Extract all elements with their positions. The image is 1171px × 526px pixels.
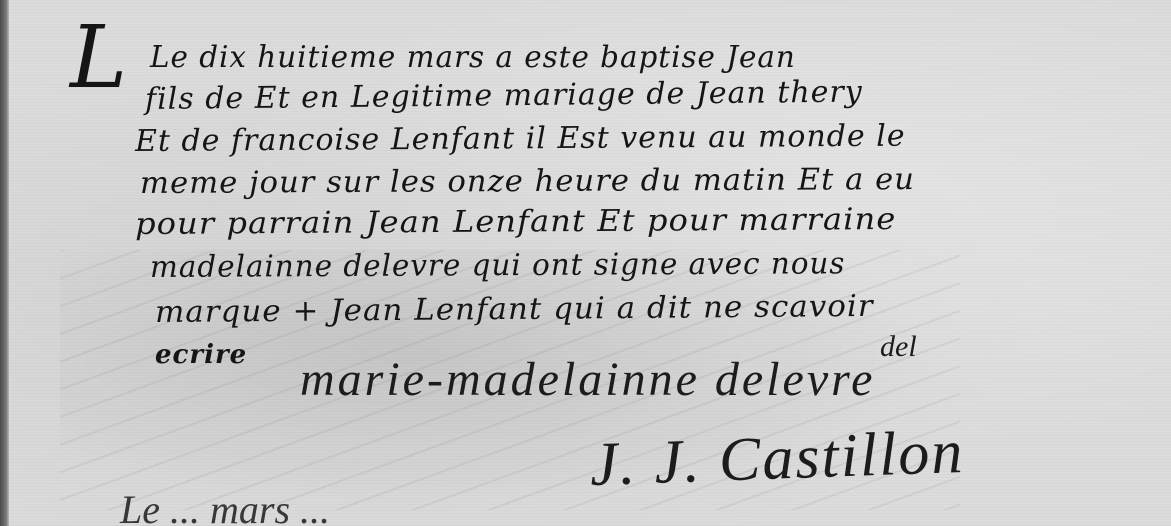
record-line-8: ecrire — [155, 340, 247, 370]
next-entry-start: Le ... mars ... — [120, 486, 330, 526]
decorative-initial: L — [70, 8, 127, 108]
signature-annotation: del — [880, 330, 917, 364]
line-text: marque + Jean Lenfant qui a dit ne scavo… — [155, 289, 874, 330]
record-line-6: madelainne delevre qui ont signe avec no… — [150, 246, 846, 285]
line-text: meme jour sur les onze heure du matin Et… — [140, 162, 915, 201]
line-text: ecrire — [155, 340, 247, 370]
godmother-signature: marie-madelainne delevre — [300, 352, 875, 407]
line-text: madelainne delevre qui ont signe avec no… — [150, 246, 846, 285]
record-line-1: Le dix huitieme mars a este baptise Jean — [150, 40, 796, 75]
binding-edge — [0, 0, 9, 526]
document-scan: L Le dix huitieme mars a este baptise Je… — [0, 0, 1171, 526]
priest-signature: J. J. Castillon — [589, 417, 966, 501]
record-line-2: fils de Et en Legitime mariage de Jean t… — [145, 74, 863, 117]
line-text: Et de francoise Lenfant il Est venu au m… — [135, 119, 906, 159]
record-line-5: pour parrain Jean Lenfant Et pour marrai… — [135, 202, 897, 242]
record-line-3: Et de francoise Lenfant il Est venu au m… — [135, 119, 906, 159]
line-text: fils de Et en Legitime mariage de Jean t… — [145, 74, 863, 117]
line-text: pour parrain Jean Lenfant Et pour marrai… — [135, 202, 897, 242]
record-line-7: marque + Jean Lenfant qui a dit ne scavo… — [155, 289, 874, 330]
line-text: Le dix huitieme mars a este baptise Jean — [150, 40, 796, 75]
record-line-4: meme jour sur les onze heure du matin Et… — [140, 162, 915, 201]
